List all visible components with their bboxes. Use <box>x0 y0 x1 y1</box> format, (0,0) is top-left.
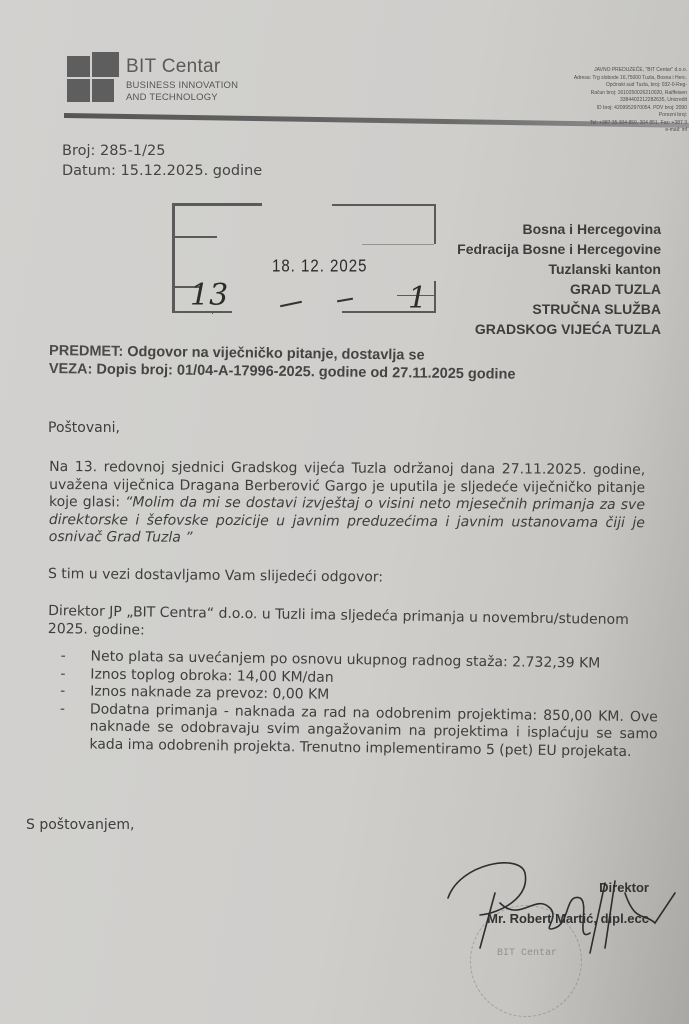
subject-block: PREDMET: Odgovor na viječničko pitanje, … <box>49 342 516 384</box>
company-info-line: Tel: +387 35 304 850, 304 851, Fax: +387… <box>537 120 687 128</box>
recipient-line: Bosna i Hercegovina <box>457 219 661 239</box>
income-item-text: Iznos naknade za prevoz: 0,00 KM <box>90 683 329 702</box>
income-item-text: Dodatna primanja - naknada za rad na odo… <box>89 701 658 760</box>
company-info-line: ID broj: 4209952970054, PDV broj: 2090 <box>537 105 687 113</box>
recipient-line: Fedracija Bosne i Hercegovine <box>457 239 661 259</box>
recipient-address: Bosna i HercegovinaFedracija Bosne i Her… <box>457 219 661 339</box>
stamp-handwritten-dash <box>337 298 353 303</box>
list-dash-icon: - <box>60 683 65 701</box>
director-income-intro: Direktor JP „BIT Centra“ d.o.o. u Tuzli … <box>48 603 648 647</box>
document-meta: Broj: 285-1/25 Datum: 15.12.2025. godine <box>62 141 262 181</box>
subject-label: PREDMET: <box>49 343 123 360</box>
council-question-quote: “Molim da mi se dostavi izvještaj o visi… <box>49 494 645 545</box>
company-info-line: e-mail: inf <box>537 127 687 135</box>
intro-paragraph: Na 13. redovnoj sjednici Gradskog vijeća… <box>49 459 645 550</box>
company-info-line: Porezni broj: <box>537 112 687 120</box>
response-intro: S tim u vezi dostavljamo Vam slijedeći o… <box>48 566 383 587</box>
company-contact-info: JAVNO PREDUZEĆE, "BIT Centar" d.o.o.Adre… <box>537 67 687 135</box>
company-tagline: BUSINESS INNOVATION AND TECHNOLOGY <box>126 80 238 104</box>
list-dash-icon: - <box>60 648 65 666</box>
tagline-line: BUSINESS INNOVATION <box>126 80 238 92</box>
document-date: Datum: 15.12.2025. godine <box>62 161 262 181</box>
document-number: Broj: 285-1/25 <box>62 141 262 161</box>
company-info-line: Račun broj: 1610250026210020, Raiffeisen <box>537 90 687 98</box>
reference-text: Dopis broj: 01/04-A-17996-2025. godine o… <box>96 362 515 383</box>
document-page: BIT Centar BUSINESS INNOVATION AND TECHN… <box>0 0 689 1024</box>
recipient-line: GRAD TUZLA <box>457 279 661 299</box>
company-name: BIT Centar <box>126 56 221 78</box>
company-info-line: 3384402212282635, Unicredit <box>537 97 687 105</box>
reference-label: VEZA: <box>49 361 93 378</box>
company-info-line: JAVNO PREDUZEĆE, "BIT Centar" d.o.o. <box>537 67 687 75</box>
income-list: -Neto plata sa uvećanjem po osnovu ukupn… <box>57 648 658 761</box>
greeting: Poštovani, <box>48 420 120 438</box>
stamp-received-date: 18. 12. 2025 <box>272 257 367 277</box>
recipient-line: GRADSKOG VIJEĆA TUZLA <box>457 319 661 339</box>
stamp-handwritten-dash <box>280 301 302 308</box>
recipient-line: STRUČNA SLUŽBA <box>457 299 661 319</box>
list-dash-icon: - <box>60 701 65 719</box>
recipient-line: Tuzlanski kanton <box>457 259 661 279</box>
registry-stamp: 18. 12. 2025 13 1 <box>172 203 438 315</box>
company-info-line: Općinski sud Tuzla, broj: 032-0-Reg- <box>537 82 687 90</box>
list-dash-icon: - <box>60 666 65 684</box>
company-info-line: Adresa: Trg slobode 16,75000 Tuzla, Bosn… <box>537 75 687 83</box>
company-logo-icon <box>67 52 119 102</box>
stamp-handwritten-number: 1 <box>408 281 427 316</box>
stamp-handwritten-number: 13 <box>190 278 228 313</box>
tagline-line: AND TECHNOLOGY <box>126 92 238 104</box>
income-list-item: -Dodatna primanja - naknada za rad na od… <box>57 701 658 762</box>
handwritten-signature-icon <box>440 853 685 963</box>
income-item-text: Iznos toplog obroka: 14,00 KM/dan <box>90 666 334 685</box>
closing: S poštovanjem, <box>26 817 134 835</box>
